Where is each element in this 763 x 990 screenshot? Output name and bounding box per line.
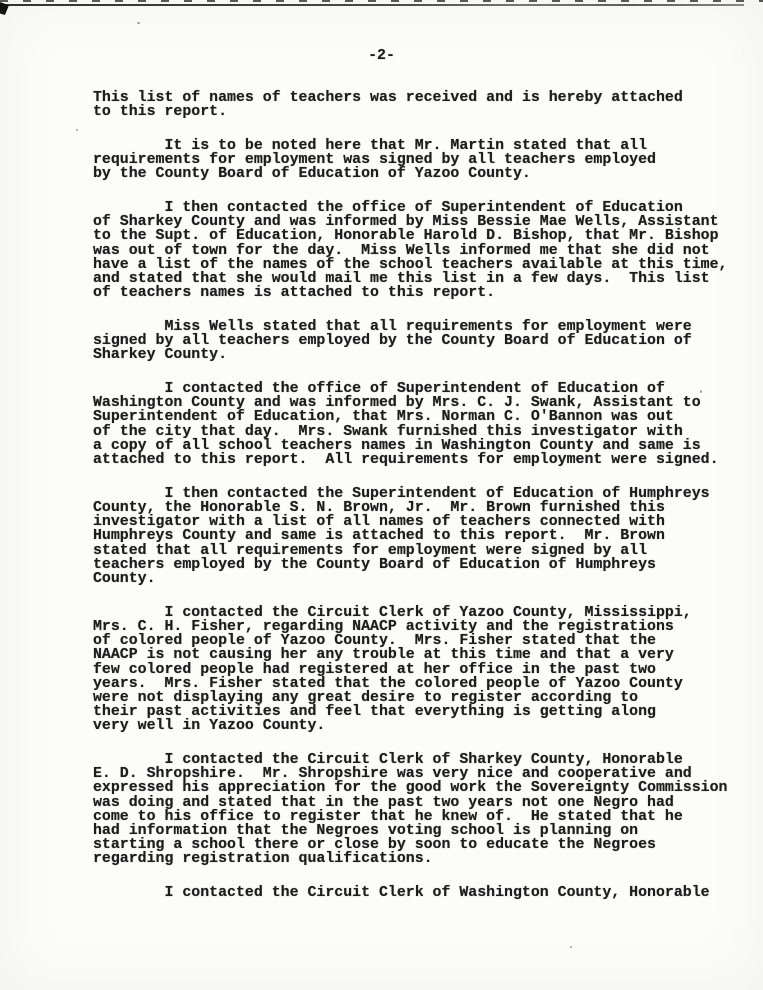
paragraph-sharkey-superintendent: I then contacted the office of Superinte… xyxy=(93,201,753,300)
paragraph-sharkey-circuit-clerk: I contacted the Circuit Clerk of Sharkey… xyxy=(93,753,753,867)
page-number: -2- xyxy=(0,49,763,63)
scan-speck xyxy=(570,946,572,948)
paragraph-washington-superintendent: I contacted the office of Superintendent… xyxy=(93,382,753,467)
paragraph-wells-statement: Miss Wells stated that all requirements … xyxy=(93,320,753,363)
paragraph-attached-list: This list of names of teachers was recei… xyxy=(93,91,753,119)
paragraph-yazoo-circuit-clerk: I contacted the Circuit Clerk of Yazoo C… xyxy=(93,606,753,734)
scan-artifact-top-dashes xyxy=(0,0,763,2)
scan-speck xyxy=(137,22,140,24)
scanned-page: -2- This list of names of teachers was r… xyxy=(0,0,763,990)
document-body: This list of names of teachers was recei… xyxy=(93,91,753,900)
paragraph-washington-circuit-clerk: I contacted the Circuit Clerk of Washing… xyxy=(93,886,753,900)
paragraph-martin-statement: It is to be noted here that Mr. Martin s… xyxy=(93,139,753,182)
paragraph-humphreys-superintendent: I then contacted the Superintendent of E… xyxy=(93,487,753,586)
scan-artifact-top-line xyxy=(0,4,744,6)
scan-speck xyxy=(76,129,78,131)
